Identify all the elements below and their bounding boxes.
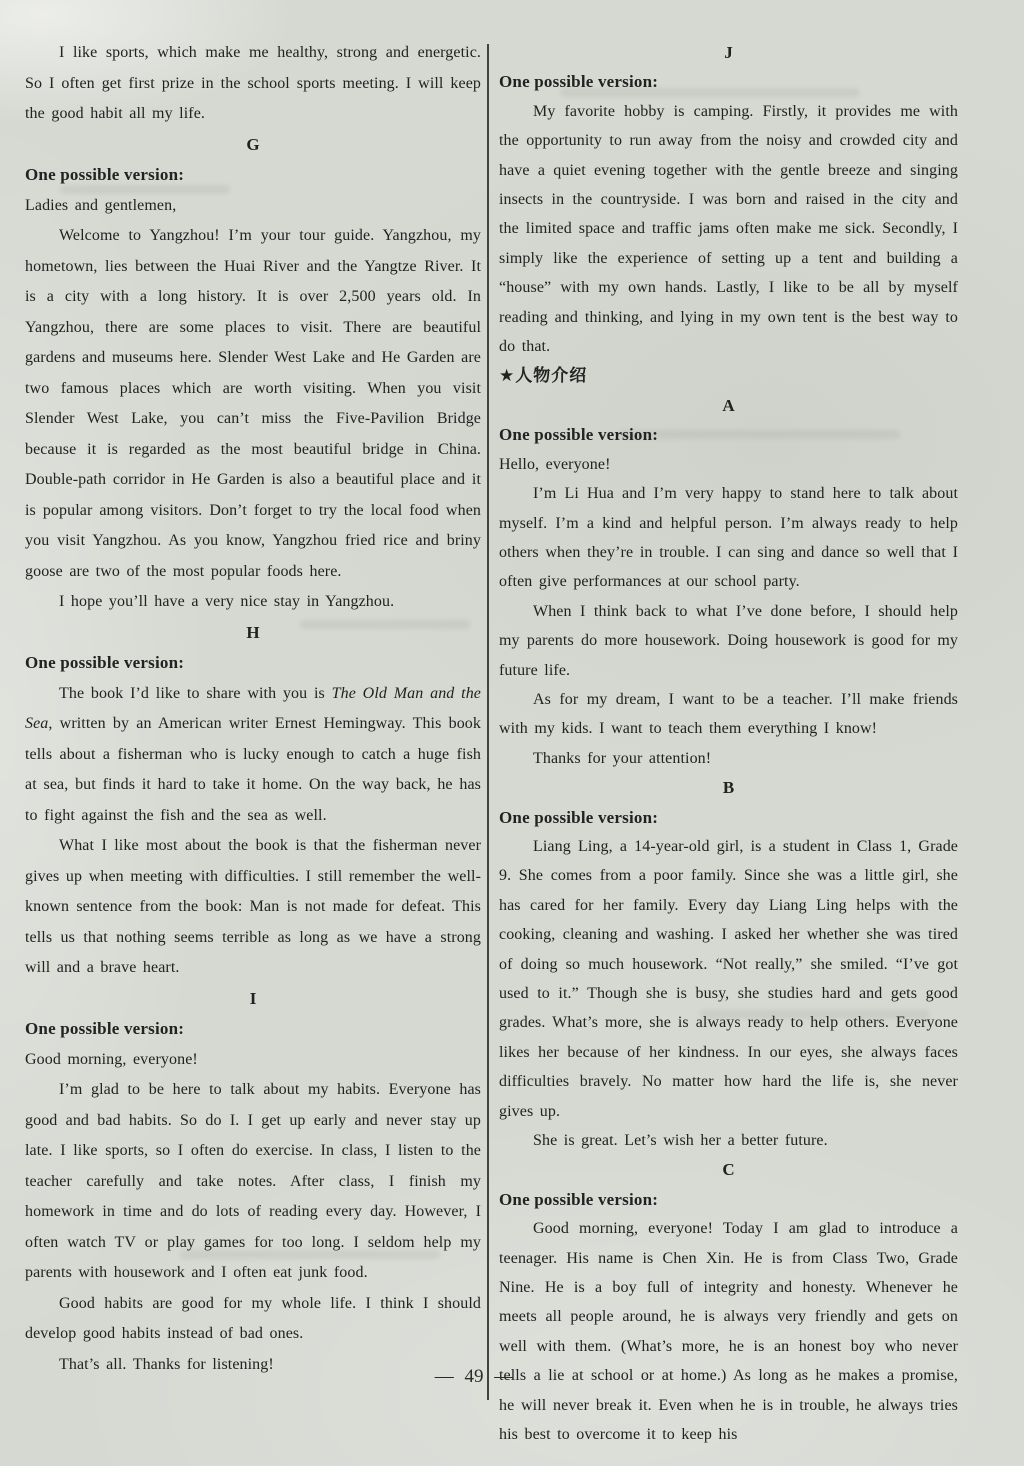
page-number: — 49 — <box>0 1366 948 1388</box>
paragraph: Hello, everyone! <box>499 450 958 479</box>
paragraph: Liang Ling, a 14-year-old girl, is a stu… <box>499 832 958 1126</box>
section-letter-h: H <box>25 618 481 649</box>
column-divider <box>487 44 489 1400</box>
section-letter-i: I <box>25 984 481 1015</box>
one-possible-version-label: One possible version: <box>25 160 481 191</box>
paragraph: Good habits are good for my whole life. … <box>25 1289 481 1350</box>
paragraph: I’m Li Hua and I’m very happy to stand h… <box>499 479 958 597</box>
one-possible-version-label: One possible version: <box>25 1014 481 1045</box>
paragraph-text: , written by an American writer Ernest H… <box>25 715 481 824</box>
one-possible-version-label: One possible version: <box>25 648 481 679</box>
paragraph: What I like most about the book is that … <box>25 831 481 984</box>
paragraph: I’m glad to be here to talk about my hab… <box>25 1075 481 1289</box>
paragraph: Welcome to Yangzhou! I’m your tour guide… <box>25 221 481 587</box>
section-letter-g: G <box>25 130 481 161</box>
one-possible-version-label: One possible version: <box>499 1185 958 1214</box>
paragraph: When I think back to what I’ve done befo… <box>499 597 958 685</box>
paragraph: As for my dream, I want to be a teacher.… <box>499 685 958 744</box>
paragraph: My favorite hobby is camping. Firstly, i… <box>499 97 958 362</box>
paragraph: Good morning, everyone! Today I am glad … <box>499 1214 958 1449</box>
section-letter-j: J <box>499 38 958 67</box>
paragraph: She is great. Let’s wish her a better fu… <box>499 1126 958 1155</box>
section-letter-c: C <box>499 1155 958 1184</box>
paragraph: Thanks for your attention! <box>499 744 958 773</box>
paragraph: The book I’d like to share with you is T… <box>25 679 481 832</box>
paragraph: I hope you’ll have a very nice stay in Y… <box>25 587 481 618</box>
paragraph: Ladies and gentlemen, <box>25 191 481 222</box>
right-column: J One possible version: My favorite hobb… <box>499 38 958 1450</box>
paragraph-text: The book I’d like to share with you is <box>59 685 332 702</box>
character-introduction-heading: ★人物介绍 <box>499 361 958 390</box>
section-letter-b: B <box>499 773 958 802</box>
scanned-book-page: { "labels": { "one_possible_version": "O… <box>0 0 1024 1466</box>
paragraph: Good morning, everyone! <box>25 1045 481 1076</box>
one-possible-version-label: One possible version: <box>499 67 958 96</box>
section-letter-a: A <box>499 391 958 420</box>
one-possible-version-label: One possible version: <box>499 420 958 449</box>
one-possible-version-label: One possible version: <box>499 803 958 832</box>
left-column: I like sports, which make me healthy, st… <box>25 38 481 1380</box>
paragraph: I like sports, which make me healthy, st… <box>25 38 481 130</box>
